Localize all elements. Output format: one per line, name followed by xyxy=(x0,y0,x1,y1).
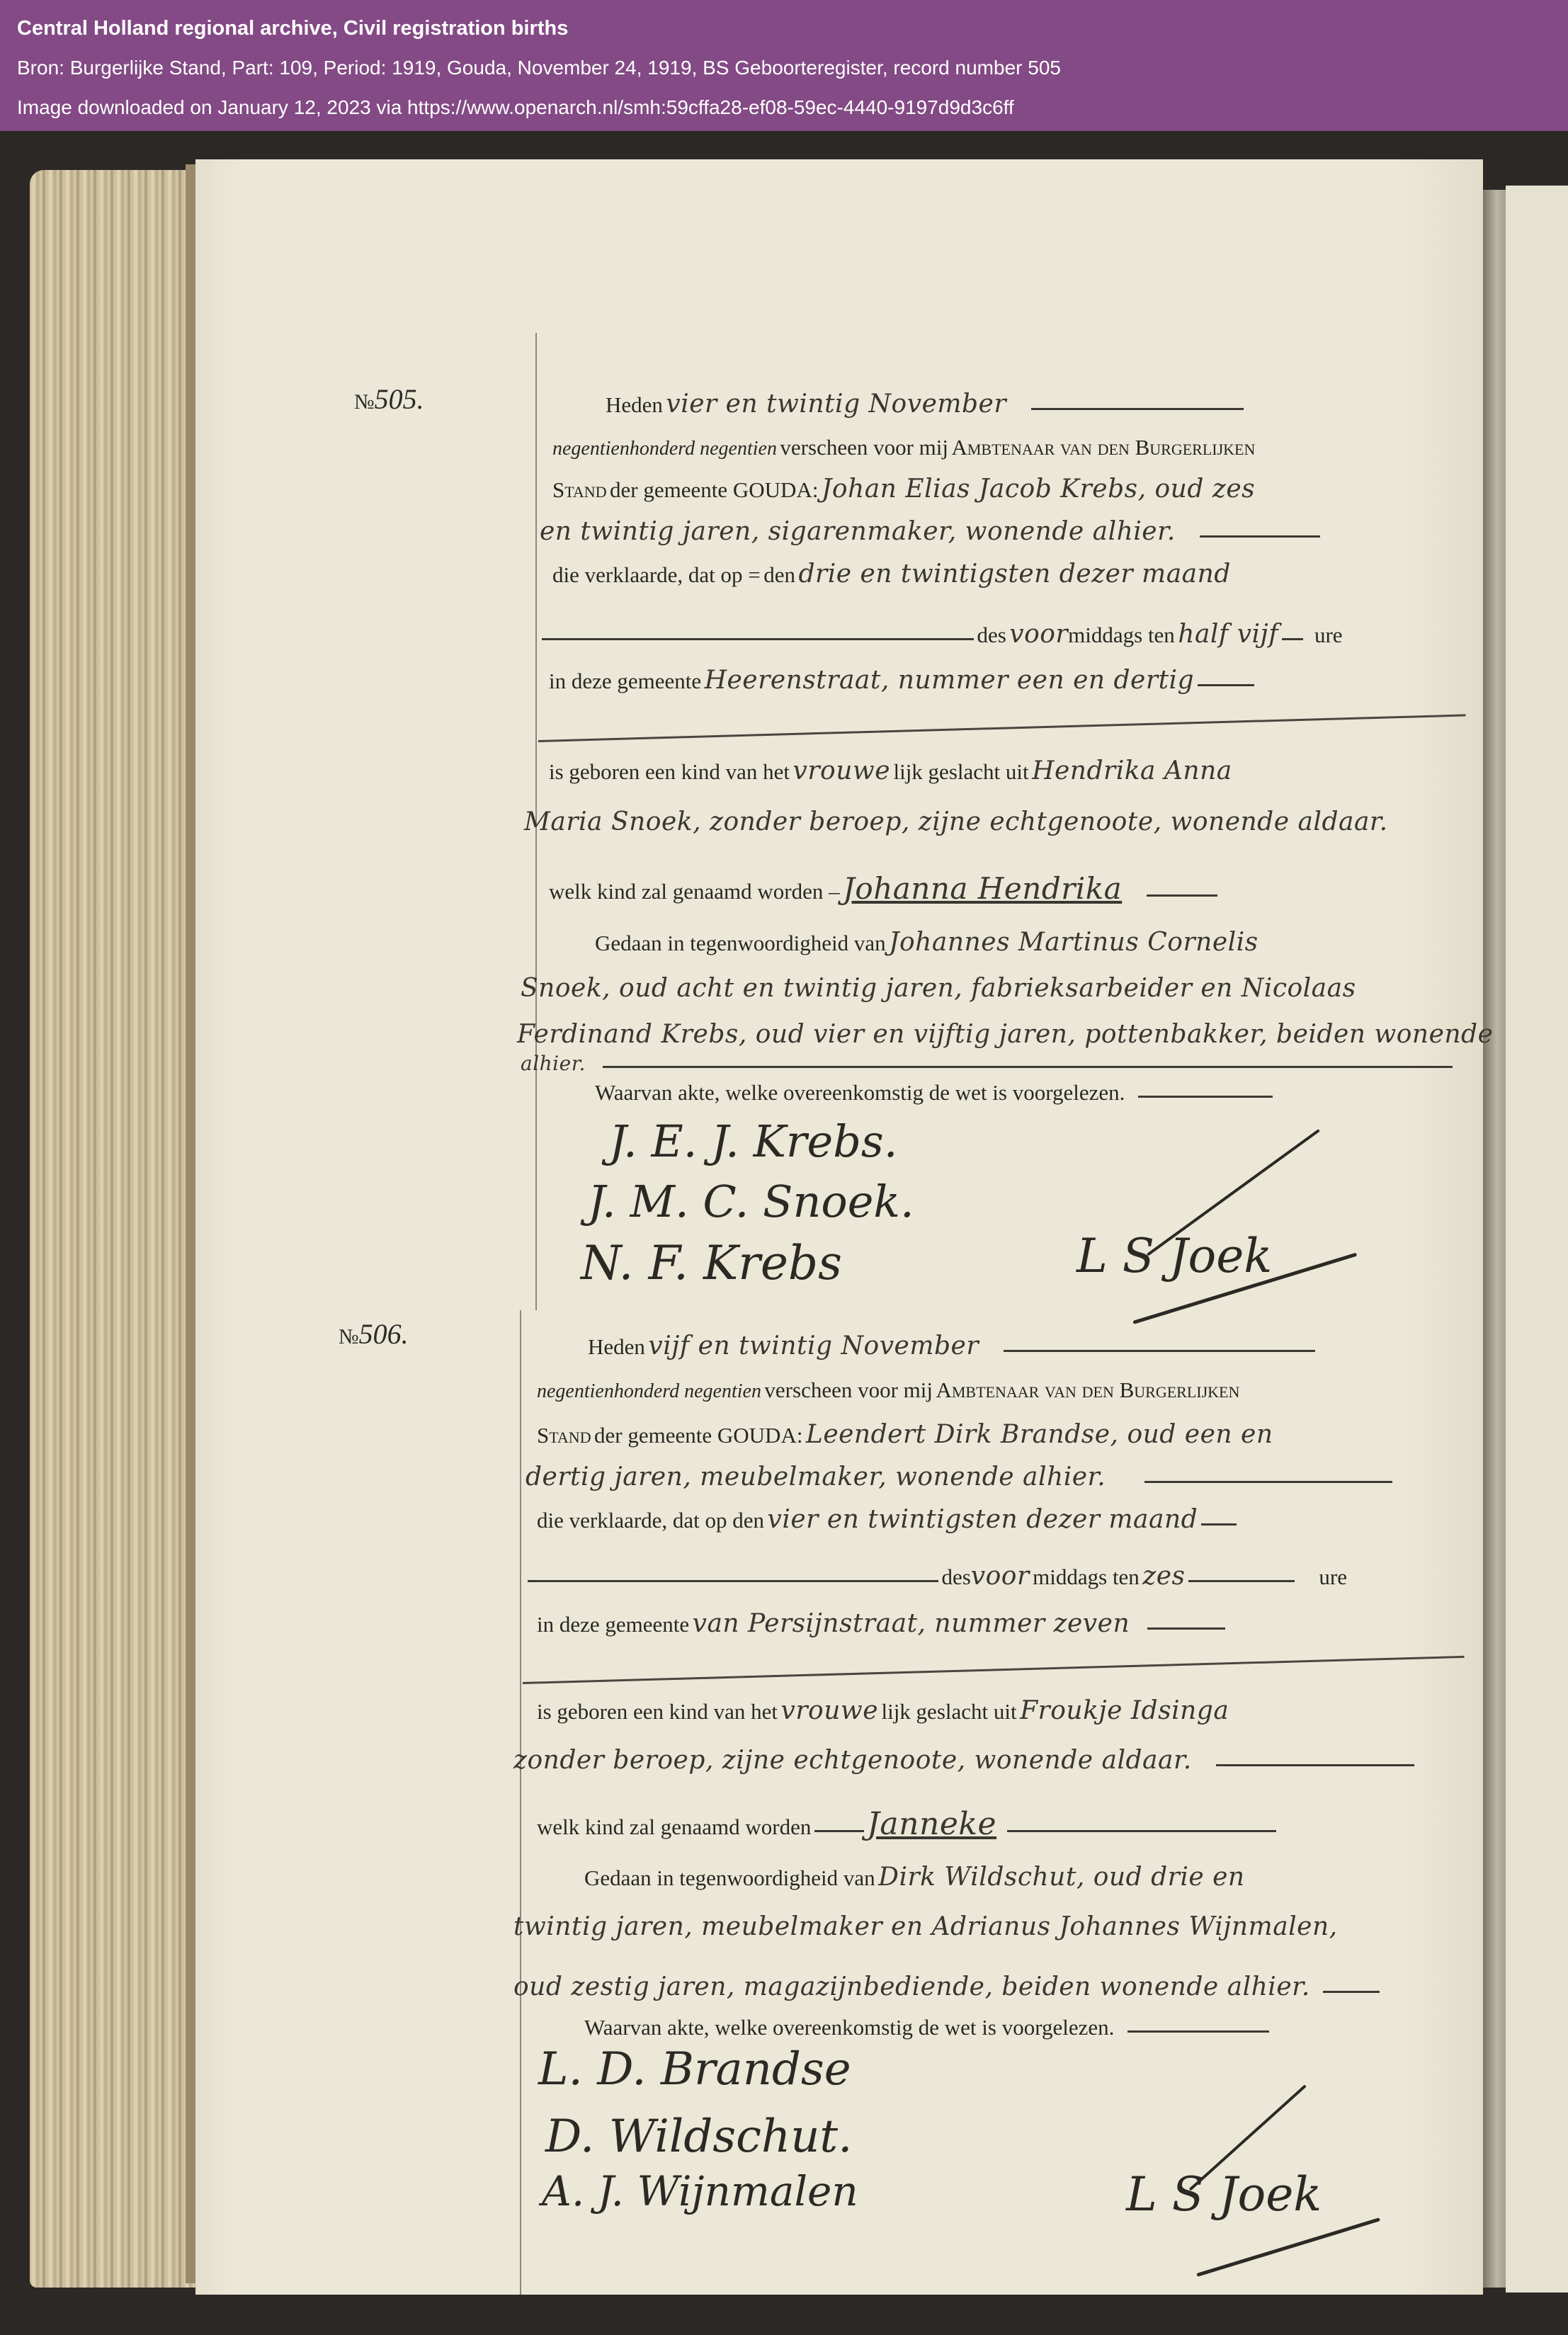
line-waarvan: Waarvan akte, welke overeenkomstig de we… xyxy=(584,2015,1269,2040)
line-year: negentienhonderd negentien verscheen voo… xyxy=(537,1377,1239,1403)
book-gutter xyxy=(1483,190,1506,2288)
print-verklaarde: die verklaarde, dat op = xyxy=(552,562,761,587)
record-number-value: 506 xyxy=(359,1318,402,1350)
line-welk-kind: welk kind zal genaamd worden Janneke xyxy=(537,1806,1276,1842)
fill-line xyxy=(1147,894,1217,897)
line-geboren: is geboren een kind van het vrouwe lijk … xyxy=(537,1696,1229,1725)
print-middags: middags ten xyxy=(1068,623,1175,647)
fill-line xyxy=(1188,1580,1295,1582)
print-stand: Stand xyxy=(552,477,607,502)
line-des: des voormiddags ten half vijf ure xyxy=(542,620,1343,649)
signature-witness-1: J. M. C. Snoek. xyxy=(588,1176,914,1227)
print-stand: Stand xyxy=(537,1423,591,1448)
print-year: negentienhonderd negentien xyxy=(552,438,777,460)
print-des: des xyxy=(977,623,1006,647)
record-number: №506. xyxy=(339,1317,409,1351)
hw-address: van Persijnstraat, nummer zeven xyxy=(693,1609,1130,1638)
print-gemeente: der gemeente GOUDA: xyxy=(594,1423,802,1448)
print-ure: ure xyxy=(1314,623,1343,647)
line-geboren: is geboren een kind van het vrouwe lijk … xyxy=(549,756,1232,785)
fill-line xyxy=(528,1580,938,1582)
signature-registrar: L S Joek xyxy=(1126,2167,1322,2222)
hw-sex: vrouwe xyxy=(792,756,890,785)
line-witness-cont3: alhier. xyxy=(521,1052,1453,1075)
line-witness-cont1: twintig jaren, meubelmaker en Adrianus J… xyxy=(513,1912,1338,1941)
print-gedaan: Gedaan in tegenwoordigheid van xyxy=(584,1865,875,1890)
fill-line xyxy=(1004,1350,1315,1352)
archive-title: Central Holland regional archive, Civil … xyxy=(17,16,1551,41)
line-verklaarde: die verklaarde, dat op = den drie en twi… xyxy=(552,559,1231,589)
print-verklaarde: die verklaarde, dat op den xyxy=(537,1508,764,1533)
print-middags: middags ten xyxy=(1033,1564,1140,1589)
line-address: in deze gemeente van Persijnstraat, numm… xyxy=(537,1609,1225,1638)
fill-line xyxy=(542,638,974,640)
print-welk-kind: welk kind zal genaamd worden – xyxy=(549,879,840,904)
source-citation: Bron: Burgerlijke Stand, Part: 109, Peri… xyxy=(17,55,1551,81)
signature-witness-2: A. J. Wijnmalen xyxy=(542,2167,858,2215)
hw-daypart: voor xyxy=(1009,620,1068,649)
line-witness-cont1: Snoek, oud acht en twintig jaren, fabrie… xyxy=(521,974,1356,1003)
print-ambtenaar: Ambtenaar van den Burgerlijken xyxy=(936,1377,1239,1402)
print-ambtenaar: Ambtenaar van den Burgerlijken xyxy=(951,435,1255,460)
line-mother-cont: zonder beroep, zijne echtgenoote, wonend… xyxy=(513,1746,1414,1775)
print-heden: Heden xyxy=(606,392,663,417)
fill-line xyxy=(1201,1523,1237,1526)
line-declarant-cont: dertig jaren, meubelmaker, wonende alhie… xyxy=(525,1462,1392,1492)
line-heden: Heden vijf en twintig November xyxy=(588,1331,1315,1360)
fill-line xyxy=(1282,638,1303,640)
hw-mother-cont: zonder beroep, zijne echtgenoote, wonend… xyxy=(513,1746,1192,1775)
line-stand: Stand der gemeente GOUDA: Johan Elias Ja… xyxy=(552,475,1255,504)
line-waarvan: Waarvan akte, welke overeenkomstig de we… xyxy=(595,1080,1273,1106)
hw-declarant: Johan Elias Jacob Krebs, oud zes xyxy=(822,475,1255,504)
print-gedaan: Gedaan in tegenwoordigheid van xyxy=(595,931,886,955)
line-mother-cont: Maria Snoek, zonder beroep, zijne echtge… xyxy=(524,807,1388,836)
hw-child-name: Johanna Hendrika xyxy=(843,871,1122,906)
hw-birth-time: half vijf xyxy=(1178,620,1278,649)
line-welk-kind: welk kind zal genaamd worden – Johanna H… xyxy=(549,871,1217,906)
print-verscheen: verscheen voor mij xyxy=(764,1377,933,1402)
print-waarvan: Waarvan akte, welke overeenkomstig de we… xyxy=(584,2015,1114,2040)
hw-declarant-cont: en twintig jaren, sigarenmaker, wonende … xyxy=(540,517,1176,546)
line-address: in deze gemeente Heerenstraat, nummer ee… xyxy=(549,666,1254,695)
signature-declarant: J. E. J. Krebs. xyxy=(609,1115,897,1167)
number-sign: № xyxy=(354,390,375,414)
line-gedaan: Gedaan in tegenwoordigheid van Johannes … xyxy=(595,928,1259,957)
facing-page xyxy=(1506,186,1568,2293)
print-geslacht: lijk geslacht uit xyxy=(881,1699,1016,1724)
signature-witness-1: D. Wildschut. xyxy=(545,2110,852,2163)
hw-sex: vrouwe xyxy=(780,1696,878,1725)
print-ure: ure xyxy=(1319,1564,1347,1589)
hw-birth-date: vier en twintigsten dezer maand xyxy=(768,1505,1198,1534)
print-verscheen: verscheen voor mij xyxy=(780,435,948,460)
fill-line xyxy=(1200,535,1320,538)
fill-line xyxy=(1127,2030,1269,2033)
hw-date-text: vier en twintig November xyxy=(666,390,1006,419)
fill-line xyxy=(1198,684,1254,686)
fill-line xyxy=(1007,1830,1276,1832)
hw-witness-cont: Ferdinand Krebs, oud vier en vijftig jar… xyxy=(517,1020,1493,1049)
page-stack-edges xyxy=(30,170,196,2288)
hw-address: Heerenstraat, nummer een en dertig xyxy=(705,666,1195,695)
line-verklaarde: die verklaarde, dat op den vier en twint… xyxy=(537,1505,1237,1534)
fill-line xyxy=(1216,1764,1414,1766)
signature-witness-2: N. F. Krebs xyxy=(581,1236,842,1290)
hw-daypart: voor xyxy=(971,1562,1030,1591)
hw-declarant-cont: dertig jaren, meubelmaker, wonende alhie… xyxy=(525,1462,1106,1492)
hw-mother: Hendrika Anna xyxy=(1032,756,1232,785)
number-sign: № xyxy=(339,1325,359,1348)
hw-birth-time: zes xyxy=(1142,1562,1185,1591)
print-heden: Heden xyxy=(588,1334,645,1359)
print-geboren: is geboren een kind van het xyxy=(549,759,790,784)
line-declarant-cont: en twintig jaren, sigarenmaker, wonende … xyxy=(540,517,1320,546)
print-year: negentienhonderd negentien xyxy=(537,1380,761,1402)
signature-declarant: L. D. Brandse xyxy=(538,2043,851,2096)
print-in-gemeente: in deze gemeente xyxy=(549,669,701,693)
record-number: №505. xyxy=(354,382,424,416)
print-den: den xyxy=(763,562,795,587)
fill-line xyxy=(1144,1481,1392,1483)
fill-line xyxy=(603,1066,1453,1068)
archive-header: Central Holland regional archive, Civil … xyxy=(0,0,1568,131)
line-heden: Heden vier en twintig November xyxy=(606,390,1244,419)
print-gemeente: der gemeente GOUDA: xyxy=(610,477,818,502)
fill-line xyxy=(1138,1096,1273,1098)
print-waarvan: Waarvan akte, welke overeenkomstig de we… xyxy=(595,1080,1125,1105)
hw-witness: Dirk Wildschut, oud drie en xyxy=(878,1863,1245,1892)
record-number-value: 505 xyxy=(375,383,417,415)
line-witness-cont2: oud zestig jaren, magazijnbediende, beid… xyxy=(513,1972,1380,2001)
download-note: Image downloaded on January 12, 2023 via… xyxy=(17,95,1551,120)
hw-witness-cont: Snoek, oud acht en twintig jaren, fabrie… xyxy=(521,974,1356,1003)
hw-birth-date: drie en twintigsten dezer maand xyxy=(798,559,1230,589)
hw-mother-cont: Maria Snoek, zonder beroep, zijne echtge… xyxy=(524,807,1388,836)
print-geslacht: lijk geslacht uit xyxy=(893,759,1028,784)
fill-line xyxy=(814,1830,864,1832)
hw-mother: Froukje Idsinga xyxy=(1020,1696,1229,1725)
print-in-gemeente: in deze gemeente xyxy=(537,1612,689,1637)
hw-date-text: vijf en twintig November xyxy=(648,1331,979,1360)
print-geboren: is geboren een kind van het xyxy=(537,1699,778,1724)
line-year: negentienhonderd negentien verscheen voo… xyxy=(552,435,1255,460)
fill-line xyxy=(1323,1991,1380,1993)
print-des: des xyxy=(941,1564,970,1589)
hw-witness-cont: alhier. xyxy=(521,1052,586,1075)
line-des: desvoor middags ten zes ure xyxy=(528,1562,1347,1591)
line-stand: Stand der gemeente GOUDA: Leendert Dirk … xyxy=(537,1420,1273,1449)
line-witness-cont2: Ferdinand Krebs, oud vier en vijftig jar… xyxy=(517,1020,1493,1049)
page-stack-shadow xyxy=(186,164,195,2283)
line-gedaan: Gedaan in tegenwoordigheid van Dirk Wild… xyxy=(584,1863,1245,1892)
hw-witness: Johannes Martinus Cornelis xyxy=(889,928,1259,957)
hw-declarant: Leendert Dirk Brandse, oud een en xyxy=(806,1420,1273,1449)
print-welk-kind: welk kind zal genaamd worden xyxy=(537,1814,811,1839)
fill-line xyxy=(1031,408,1244,410)
fill-line xyxy=(1147,1627,1225,1630)
margin-rule-506 xyxy=(520,1310,521,2295)
hw-child-name: Janneke xyxy=(867,1806,996,1842)
hw-witness-cont: twintig jaren, meubelmaker en Adrianus J… xyxy=(513,1912,1338,1941)
hw-witness-cont: oud zestig jaren, magazijnbediende, beid… xyxy=(513,1972,1310,2001)
